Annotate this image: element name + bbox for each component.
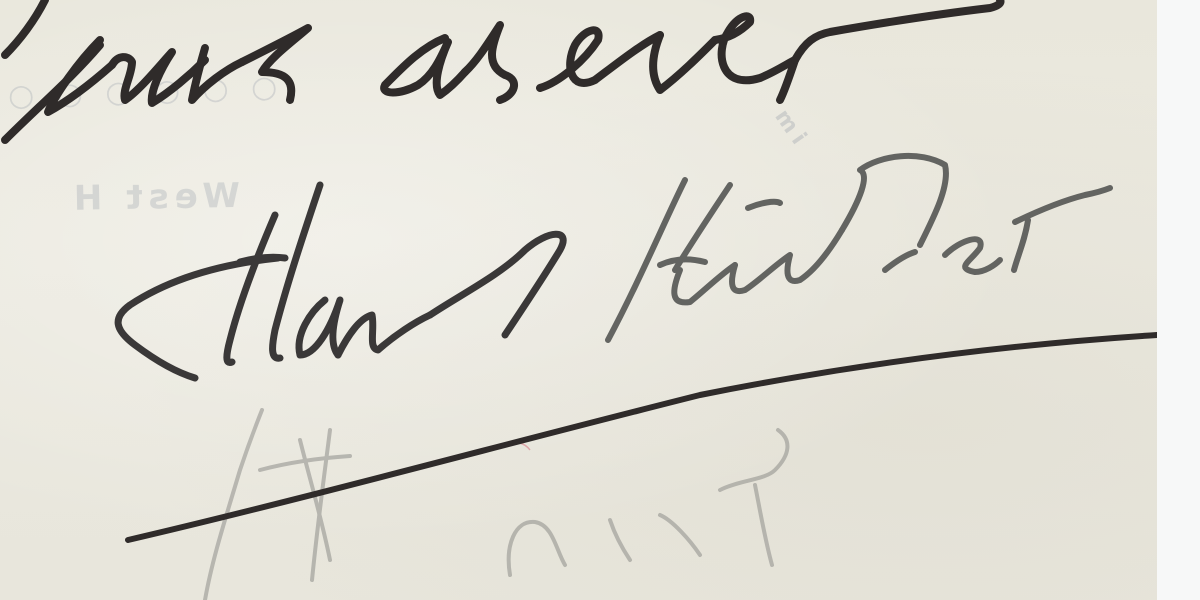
paper-sheet: ○ ○ ○ ○ ○ ○ West H mi xyxy=(0,0,1157,600)
scanned-letter: ○ ○ ○ ○ ○ ○ West H mi xyxy=(0,0,1200,600)
scanner-background-edge xyxy=(1157,0,1200,600)
signature-underline xyxy=(0,0,1157,600)
